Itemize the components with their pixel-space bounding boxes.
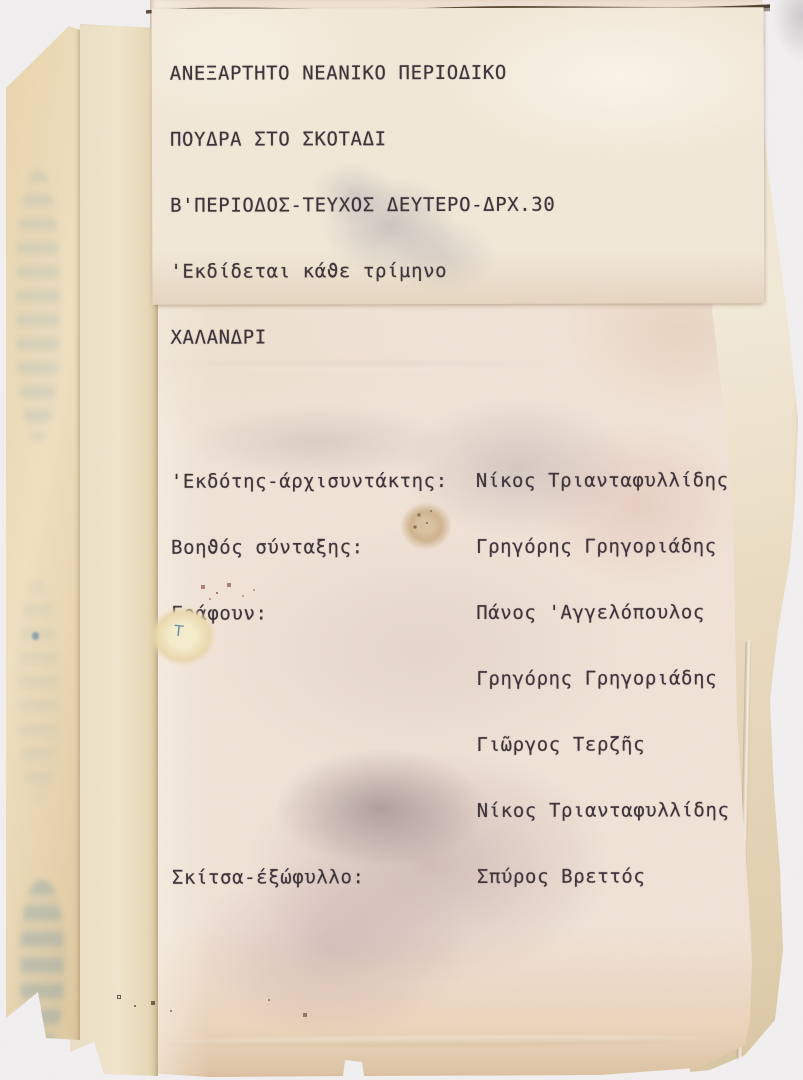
stain-speckles: [400, 502, 402, 504]
credit-name: Πάνος 'Αγγελόπουλος: [476, 601, 765, 624]
credit-row: Νίκος Τριανταφυλλίδης: [172, 799, 766, 823]
credit-name: Σπύρος Βρεττός: [477, 865, 766, 888]
credit-name: Γρηγόρης Γρηγοριάδης: [476, 667, 765, 690]
credit-role: Γράφουν:: [171, 602, 476, 625]
credit-row: Βοηϑός σύνταξης: Γρηγόρης Γρηγοριάδης: [171, 535, 765, 559]
credit-name: Γρηγόρης Γρηγοριάδης: [476, 535, 765, 558]
credit-row: Σκίτσα-έξώφυλλο: Σπύρος Βρεττός: [172, 865, 766, 889]
masthead-line: Β'ΠΕΡΙΟΔΟΣ-ΤΕΥΧΟΣ ΔΕΥΤΕΡΟ-ΔΡΧ.30: [170, 193, 764, 217]
rust-specks: [196, 580, 198, 582]
handwritten-pen-mark: Τ: [173, 622, 184, 641]
masthead-line: ΠΟΥΔΡΑ ΣΤΟ ΣΚΟΤΑΔΙ: [170, 127, 764, 151]
credit-role: Σκίτσα-έξώφυλλο:: [172, 866, 477, 889]
scanned-zine-page: ΑΝΕΞΑΡΤΗΤΟ ΝΕΑΝΙΚΟ ΠΕΡΙΟΔΙΚΟ ΠΟΥΔΡΑ ΣΤΟ …: [0, 0, 803, 1080]
dark-specks: [118, 996, 120, 998]
credit-name: Νίκος Τριανταφυλλίδης: [477, 799, 766, 822]
masthead-line: ΑΝΕΞΑΡΤΗΤΟ ΝΕΑΝΙΚΟ ΠΕΡΙΟΔΙΚΟ: [170, 61, 764, 85]
folded-page-edge-left: [6, 20, 80, 1062]
masthead-line: 'Εκδίδεται κάϑε τρίμηνο: [170, 259, 764, 283]
ink-bleedthrough-lower: [20, 880, 64, 1050]
credit-role: [172, 734, 477, 757]
horizontal-crease: [160, 362, 540, 370]
credit-row: Γρηγόρης Γρηγοριάδης: [171, 667, 765, 691]
credit-name: Γιῶργος Τερζῆς: [477, 733, 766, 756]
credit-row: Γιῶργος Τερζῆς: [172, 733, 766, 757]
ink-bleedthrough-upper: [16, 170, 60, 440]
credit-row: Γράφουν: Πάνος 'Αγγελόπουλος: [171, 601, 765, 625]
credits-block: 'Εκδότης-άρχισυντάκτης: Νίκος Τριανταφυλ…: [171, 425, 766, 933]
ink-bleedthrough-middle: [18, 580, 58, 800]
scanner-shadow-top-right: [772, 0, 803, 80]
masthead-line: ΧΑΛΑΝΔΡΙ: [170, 325, 764, 349]
typed-credits-label: ΑΝΕΞΑΡΤΗΤΟ ΝΕΑΝΙΚΟ ΠΕΡΙΟΔΙΚΟ ΠΟΥΔΡΑ ΣΤΟ …: [152, 7, 765, 305]
credit-name: Νίκος Τριανταφυλλίδης: [476, 469, 765, 492]
credit-row: 'Εκδότης-άρχισυντάκτης: Νίκος Τριανταφυλ…: [171, 469, 765, 493]
credit-role: [172, 800, 477, 823]
credit-role: 'Εκδότης-άρχισυντάκτης:: [171, 470, 476, 493]
blue-ink-dot: [32, 632, 39, 640]
folded-page-edge-mid: [70, 24, 158, 1080]
round-stain: [400, 502, 452, 550]
credit-role: [171, 668, 476, 691]
